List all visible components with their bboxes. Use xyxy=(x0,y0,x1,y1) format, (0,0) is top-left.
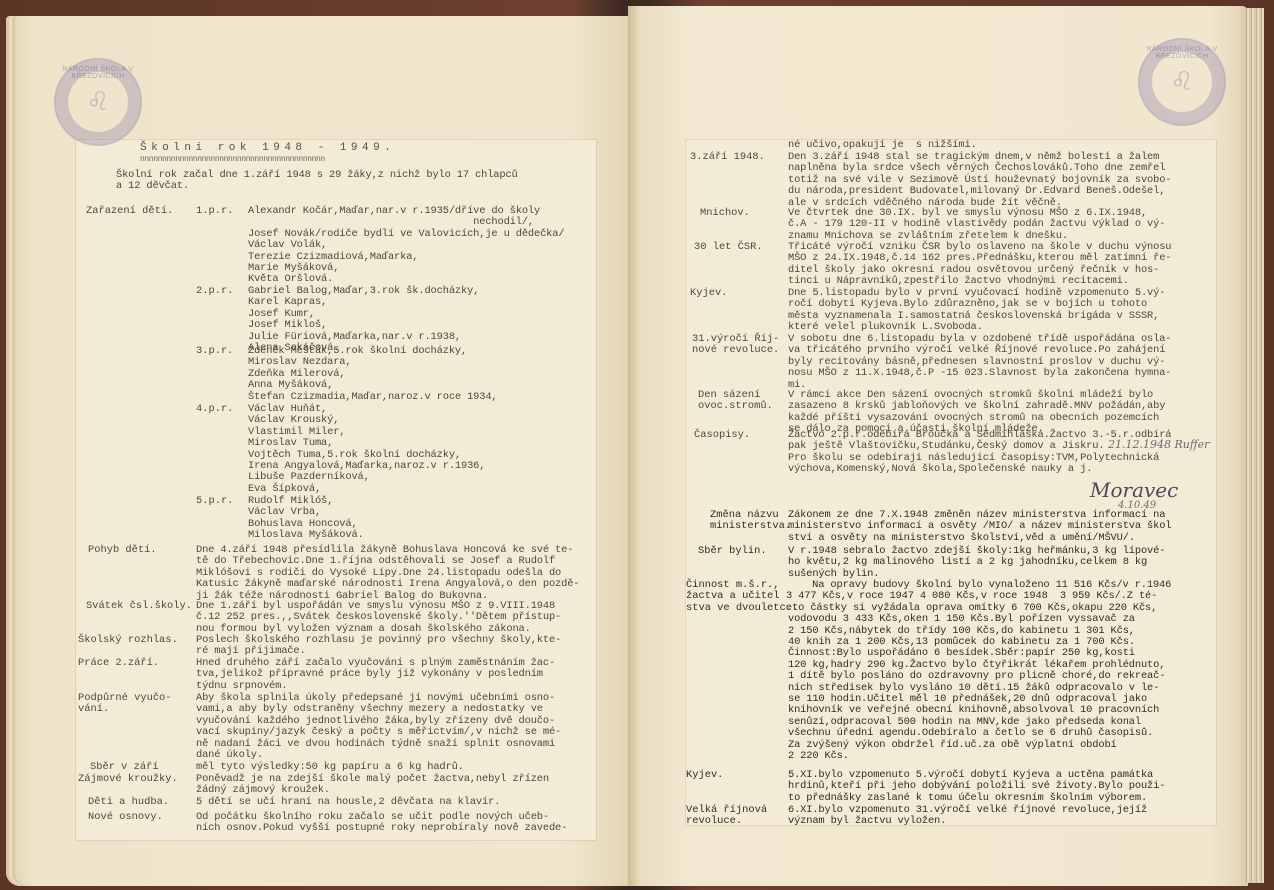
grade-label: 1.p.r. xyxy=(196,206,233,217)
entry-text: všechnu úřední agendu.Odebíralo a četlo … xyxy=(788,728,1153,739)
entry-label: Školský rozhlas. xyxy=(78,635,178,646)
entry-label: Nové osnovy. xyxy=(88,812,163,823)
entry-text: ních osnov.Pokud vyšší postupné roky nep… xyxy=(196,823,567,834)
entry-text: du národa,president Budovatel,milovaný D… xyxy=(788,186,1165,197)
entry-text: 5 dětí se učí hraní na housle,2 děvčata … xyxy=(196,797,500,808)
entry-label: Svátek čsl.školy. xyxy=(86,601,192,612)
stamp-text: NÁRODNÍ ŠKOLA V BŘEZOVICÍCH xyxy=(1140,46,1224,60)
page-title: Školní rok 1948 - 1949. xyxy=(140,142,395,154)
entry-label: Práce 2.září. xyxy=(78,658,159,669)
entry-text: význam byl žactvu vyložen. xyxy=(788,816,946,827)
school-stamp-right: NÁRODNÍ ŠKOLA V BŘEZOVICÍCH ♌ xyxy=(1138,38,1226,126)
entry-label: Děti a hudba. xyxy=(88,797,169,808)
entry-text: nosu MŠO z 11.X.1948,č.P -15 023.Slavnos… xyxy=(788,368,1171,379)
entry-text: výchova,Komenský,Nová škola,Společenské … xyxy=(788,464,1092,475)
stamp-text: NÁRODNÍ ŠKOLA V BŘEZOVICÍCH xyxy=(56,66,140,80)
pupil-line: Josef Mikloš, xyxy=(248,320,327,331)
grade-label: 4.p.r. xyxy=(196,404,233,415)
entry-label: stva ve dvouletce. xyxy=(686,603,798,614)
entry-label: revoluce. xyxy=(686,816,742,827)
grade-label: 2.p.r. xyxy=(196,286,233,297)
entry-label: Sběr bylin. xyxy=(698,546,767,557)
entry-text: které velel plukovník L.Svoboda. xyxy=(788,322,983,333)
intro-line-2: a 12 děvčat. xyxy=(116,181,189,192)
signature-date: 4.10.49 xyxy=(1118,500,1156,511)
entry-label: 3.září 1948. xyxy=(690,152,765,163)
pupil-line: Eva Šípková, xyxy=(248,484,321,495)
entry-text: dané úkoly. xyxy=(196,750,263,761)
entry-label: ovoc.stromů. xyxy=(698,401,773,412)
pupil-line: Václav Volák, xyxy=(248,240,327,251)
entry-label: Sběr v září xyxy=(90,762,159,773)
entry-label: 30 let ČSR. xyxy=(694,242,763,253)
entry-label: Mnichov. xyxy=(700,208,750,219)
entry-label: Zájmové kroužky. xyxy=(78,774,178,785)
lion-emblem-icon: ♌ xyxy=(1170,67,1193,97)
entry-label: Kyjev. xyxy=(690,288,727,299)
pupil-line: Štefan Czizmadia,Maďar,naroz.v roce 1934… xyxy=(248,392,498,403)
pupil-line: Miloslava Myšáková. xyxy=(248,530,364,541)
entry-text: vací skupiny/jazyk český a počty s měřic… xyxy=(196,727,561,738)
enrollment-label: Zařazení dětí. xyxy=(86,206,173,217)
entry-text: ství a osvěty na ministerstvo školství,v… xyxy=(788,533,1135,544)
entry-text: měl tyto výsledky:50 kg papíru a 6 kg ha… xyxy=(196,762,464,773)
lion-emblem-icon: ♌ xyxy=(86,87,109,117)
entry-label: Kyjev. xyxy=(686,770,723,781)
title-underline: nnnnnnnnnnnnnnnnnnnnnnnnnnnnnnnnnnnnnnnn… xyxy=(140,155,325,164)
page-edges xyxy=(1244,8,1264,883)
grade-label: 3.p.r. xyxy=(196,346,233,357)
entry-label: Časopisy. xyxy=(694,430,750,441)
handwritten-note: 21.12.1948 Ruffer xyxy=(1108,438,1209,451)
entry-label: ministerstva. xyxy=(710,521,791,532)
entry-text: vodovodu 3 433 Kčs,oken 1 150 Kčs.Byl po… xyxy=(788,614,1135,625)
entry-label: Pohyb dětí. xyxy=(88,545,157,556)
entry-label: vání. xyxy=(78,704,109,715)
school-stamp-left: NÁRODNÍ ŠKOLA V BŘEZOVICÍCH ♌ xyxy=(54,58,142,146)
entry-text: týdnu srpnovém. xyxy=(196,681,287,692)
entry-text: Katusic žákyně maďarské národnosti Irena… xyxy=(196,579,579,590)
grade-label: 5.p.r. xyxy=(196,496,233,507)
pupil-line: Anna Myšáková, xyxy=(248,380,333,391)
continuation-line: né učivo,opakují je s nižšími. xyxy=(788,140,977,151)
entry-text: tinci u Nápravníků,zpestřilo žactvo vhod… xyxy=(788,276,1129,287)
pupil-line: Miroslav Tuma, xyxy=(248,438,333,449)
entry-label: nové revoluce. xyxy=(692,345,779,356)
entry-text: 1 dítě bylo posláno do ozdravovny pro pl… xyxy=(788,671,1165,682)
entry-text: 2 220 Kčs. xyxy=(788,751,849,762)
entry-text: to přednášky zaslané k tomu účelu okresn… xyxy=(788,793,1147,804)
signature: Moravec xyxy=(1090,478,1178,502)
